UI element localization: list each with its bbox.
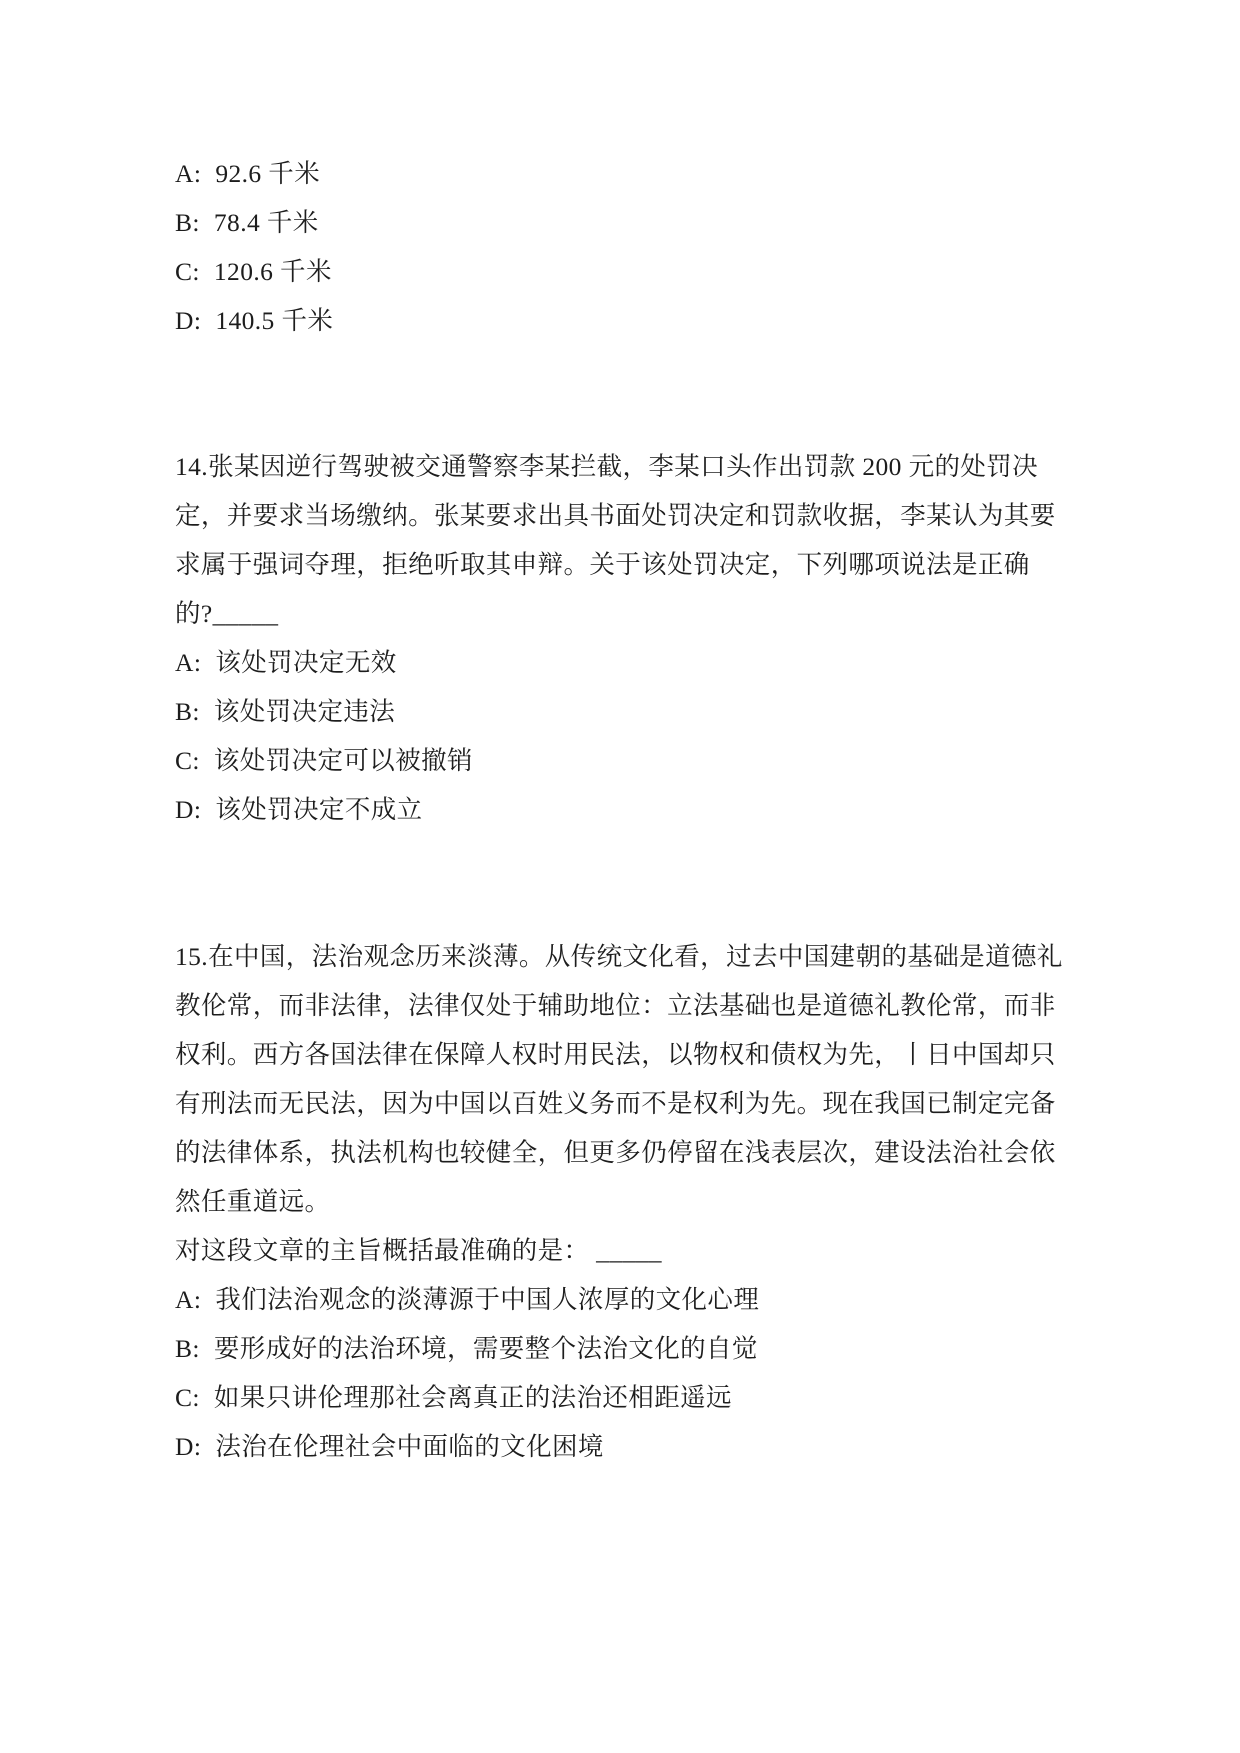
option-letter: B:	[175, 1324, 200, 1373]
question-14-option-c: C:该处罚决定可以被撤销	[175, 736, 1115, 785]
option-letter: A:	[175, 1275, 201, 1324]
question-15-stem-line: 教伦常，而非法律，法律仅处于辅助地位：立法基础也是道德礼教伦常，而非	[175, 981, 1115, 1030]
option-letter: A:	[175, 149, 201, 198]
question-13-option-b: B:78.4 千米	[175, 198, 1115, 247]
option-letter: A:	[175, 638, 201, 687]
question-15-option-d: D:法治在伦理社会中面临的文化困境	[175, 1422, 1115, 1471]
question-14-stem-line: 求属于强词夺理，拒绝听取其申辩。关于该处罚决定，下列哪项说法是正确	[175, 540, 1115, 589]
option-text: 法治在伦理社会中面临的文化困境	[215, 1422, 604, 1471]
option-text: 我们法治观念的淡薄源于中国人浓厚的文化心理	[215, 1275, 759, 1324]
option-text: 92.6 千米	[215, 149, 320, 198]
question-14-stem-line: 定，并要求当场缴纳。张某要求出具书面处罚决定和罚款收据，李某认为其要	[175, 491, 1115, 540]
option-letter: C:	[175, 247, 200, 296]
option-letter: D:	[175, 296, 201, 345]
option-letter: C:	[175, 736, 200, 785]
question-14-option-b: B:该处罚决定违法	[175, 687, 1115, 736]
exam-document-page: A:92.6 千米 B:78.4 千米 C:120.6 千米 D:140.5 千…	[0, 0, 1240, 1753]
question-13-option-a: A:92.6 千米	[175, 149, 1115, 198]
question-13-option-c: C:120.6 千米	[175, 247, 1115, 296]
option-text: 该处罚决定无效	[215, 638, 396, 687]
question-15-option-a: A:我们法治观念的淡薄源于中国人浓厚的文化心理	[175, 1275, 1115, 1324]
question-15-stem-line: 有刑法而无民法，因为中国以百姓义务而不是权利为先。现在我国已制定完备	[175, 1079, 1115, 1128]
question-14-option-d: D:该处罚决定不成立	[175, 785, 1115, 834]
option-text: 要形成好的法治环境，需要整个法治文化的自觉	[214, 1324, 758, 1373]
question-15-stem-line: 15.在中国，法治观念历来淡薄。从传统文化看，过去中国建朝的基础是道德礼	[175, 932, 1115, 981]
option-text: 如果只讲伦理那社会离真正的法治还相距遥远	[214, 1373, 732, 1422]
option-text: 该处罚决定违法	[214, 687, 395, 736]
question-15: 15.在中国，法治观念历来淡薄。从传统文化看，过去中国建朝的基础是道德礼 教伦常…	[175, 932, 1115, 1471]
question-15-stem-line: 的法律体系，执法机构也较健全，但更多仍停留在浅表层次，建设法治社会依	[175, 1128, 1115, 1177]
question-15-option-b: B:要形成好的法治环境，需要整个法治文化的自觉	[175, 1324, 1115, 1373]
option-text: 该处罚决定不成立	[215, 785, 422, 834]
option-letter: B:	[175, 687, 200, 736]
question-13-option-d: D:140.5 千米	[175, 296, 1115, 345]
option-text: 140.5 千米	[215, 296, 333, 345]
question-14-stem-line: 14.张某因逆行驾驶被交通警察李某拦截，李某口头作出罚款 200 元的处罚决	[175, 442, 1115, 491]
option-letter: D:	[175, 1422, 201, 1471]
question-15-prompt: 对这段文章的主旨概括最准确的是： _____	[175, 1226, 1115, 1275]
question-15-stem-line: 权利。西方各国法律在保障人权时用民法，以物权和债权为先，丨日中国却只	[175, 1030, 1115, 1079]
option-text: 78.4 千米	[214, 198, 319, 247]
question-14-stem-line: 的?_____	[175, 589, 1115, 638]
question-15-option-c: C:如果只讲伦理那社会离真正的法治还相距遥远	[175, 1373, 1115, 1422]
option-letter: D:	[175, 785, 201, 834]
question-14: 14.张某因逆行驾驶被交通警察李某拦截，李某口头作出罚款 200 元的处罚决 定…	[175, 442, 1115, 834]
question-15-stem-line: 然任重道远。	[175, 1177, 1115, 1226]
question-13-options: A:92.6 千米 B:78.4 千米 C:120.6 千米 D:140.5 千…	[175, 149, 1115, 345]
option-letter: B:	[175, 198, 200, 247]
option-letter: C:	[175, 1373, 200, 1422]
question-14-option-a: A:该处罚决定无效	[175, 638, 1115, 687]
option-text: 120.6 千米	[214, 247, 332, 296]
option-text: 该处罚决定可以被撤销	[214, 736, 473, 785]
